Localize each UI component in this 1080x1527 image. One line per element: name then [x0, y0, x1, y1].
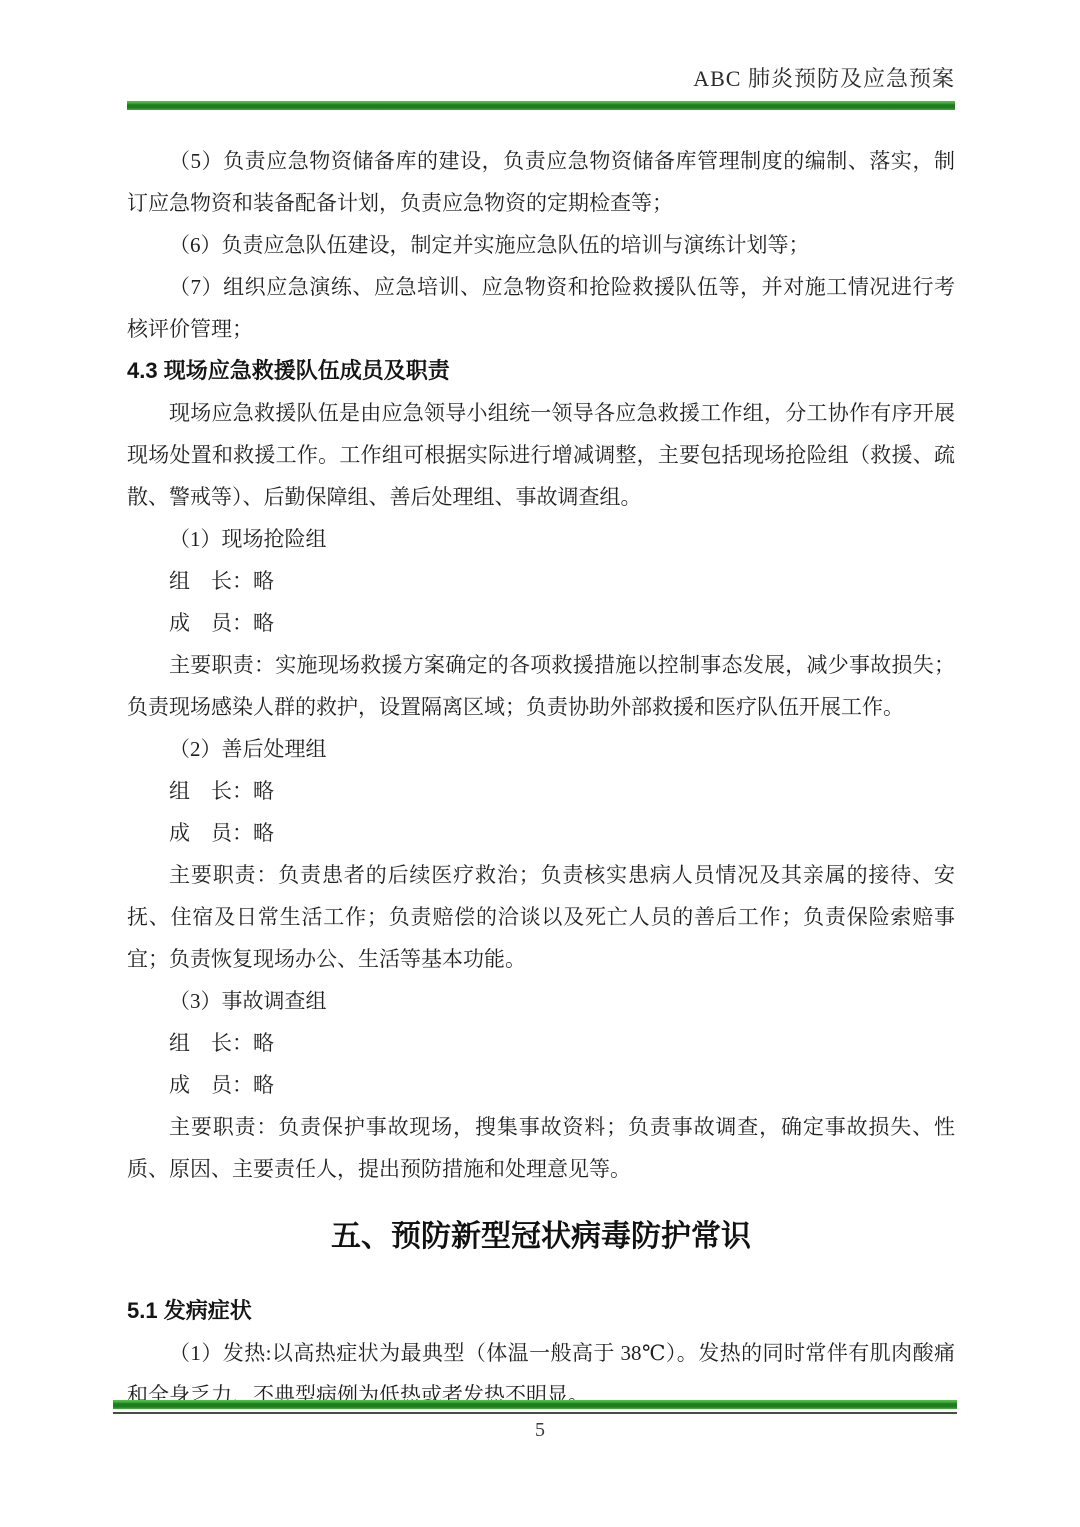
page-header: ABC 肺炎预防及应急预案	[0, 0, 1080, 110]
document-page: ABC 肺炎预防及应急预案 （5）负责应急物资储备库的建设，负责应急物资储备库管…	[0, 0, 1080, 1527]
leader-line-investigation: 组 长：略	[127, 1022, 955, 1064]
leader-line-aftercare: 组 长：略	[127, 770, 955, 812]
group-title-site-rescue: （1）现场抢险组	[127, 518, 955, 560]
section-heading-5-1: 5.1 发病症状	[127, 1290, 955, 1332]
group-title-investigation: （3）事故调查组	[127, 980, 955, 1022]
header-title: ABC 肺炎预防及应急预案	[127, 64, 955, 94]
paragraph-duty-6: （6）负责应急队伍建设，制定并实施应急队伍的培训与演练计划等；	[127, 224, 955, 266]
header-rule	[127, 101, 955, 110]
leader-line-rescue: 组 长：略	[127, 560, 955, 602]
paragraph-duty-5: （5）负责应急物资储备库的建设，负责应急物资储备库管理制度的编制、落实，制订应急…	[127, 140, 955, 224]
paragraph-duty-7: （7）组织应急演练、应急培训、应急物资和抢险救援队伍等，并对施工情况进行考核评价…	[127, 266, 955, 350]
paragraph-rescue-duties: 主要职责：实施现场救援方案确定的各项救援措施以控制事态发展，减少事故损失；负责现…	[127, 644, 955, 728]
member-line-investigation: 成 员：略	[127, 1064, 955, 1106]
footer-rule	[113, 1400, 957, 1409]
paragraph-investigation-duties: 主要职责：负责保护事故现场，搜集事故资料；负责事故调查，确定事故损失、性质、原因…	[127, 1106, 955, 1190]
member-line-rescue: 成 员：略	[127, 602, 955, 644]
group-title-aftercare: （2）善后处理组	[127, 728, 955, 770]
document-body: （5）负责应急物资储备库的建设，负责应急物资储备库管理制度的编制、落实，制订应急…	[0, 110, 1080, 1416]
paragraph-team-overview: 现场应急救援队伍是由应急领导小组统一领导各应急救援工作组，分工协作有序开展现场处…	[127, 392, 955, 518]
section-heading-4-3: 4.3 现场应急救援队伍成员及职责	[127, 350, 955, 392]
member-line-aftercare: 成 员：略	[127, 812, 955, 854]
chapter-title: 五、预防新型冠状病毒防护常识	[127, 1214, 955, 1260]
page-number: 5	[0, 1417, 1080, 1443]
paragraph-aftercare-duties: 主要职责：负责患者的后续医疗救治；负责核实患病人员情况及其亲属的接待、安抚、住宿…	[127, 854, 955, 980]
footer-rule-shadow	[113, 1412, 957, 1414]
